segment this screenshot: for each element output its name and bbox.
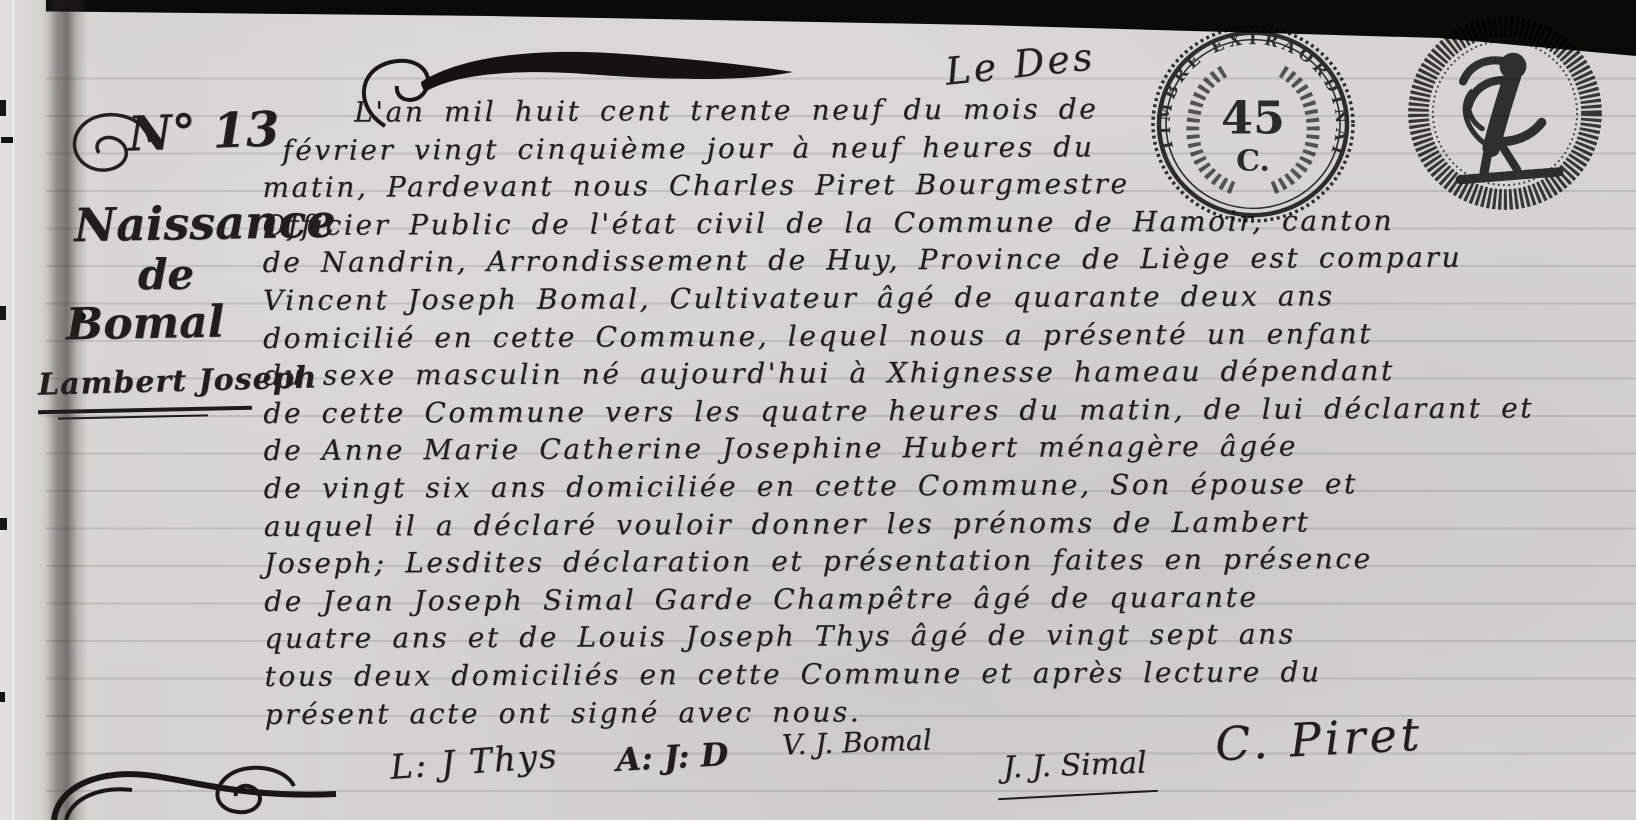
communal-seal-stamp <box>1402 10 1608 216</box>
act-line: de Nandrin, Arrondissement de Huy, Provi… <box>263 239 1573 282</box>
register-page-scan: N° 13 Naissance de Bomal Lambert Joseph … <box>0 0 1636 820</box>
act-line: L'an mil huit cent trente neuf du mois d… <box>262 88 1572 131</box>
fiscal-stamp-45c: TIMBRE EXTRAORDINAIRE 45 C. <box>1147 21 1359 227</box>
ink-speck <box>0 518 7 530</box>
stamp-unit: C. <box>1236 143 1270 177</box>
act-line: tous deux domiciliés en cette Commune et… <box>264 652 1574 695</box>
record-number: N° 13 <box>127 101 280 162</box>
act-line: Vincent Joseph Bomal, Cultivateur âgé de… <box>263 276 1573 319</box>
act-line: de Jean Joseph Simal Garde Champêtre âgé… <box>264 577 1574 620</box>
act-body-text: L'an mil huit cent trente neuf du mois d… <box>262 88 1575 733</box>
signature-piret: C. Piret <box>1214 707 1425 772</box>
act-line: Joseph; Lesdites déclaration et présenta… <box>264 539 1574 582</box>
signature-simal: J. J. Simal <box>1002 746 1147 786</box>
act-line: auquel il a déclaré vouloir donner les p… <box>264 502 1574 545</box>
ink-speck <box>0 306 6 320</box>
edge-highlight <box>12 0 14 820</box>
ink-speck <box>1 137 13 143</box>
stamp-value: 45 <box>1221 91 1285 144</box>
act-line: du sexe masculin né aujourd'hui à Xhigne… <box>263 351 1573 394</box>
act-line: quatre ans et de Louis Joseph Thys âgé d… <box>264 615 1574 658</box>
act-line: Officier Public de l'état civil de la Co… <box>262 201 1572 244</box>
signature-witness-mark: A: J: D <box>615 735 729 779</box>
margin-title-bomal: Bomal <box>66 297 225 351</box>
next-entry-flourish <box>36 758 366 820</box>
act-line: domicilié en cette Commune, lequel nous … <box>263 314 1573 357</box>
act-line: février vingt cinquième jour à neuf heur… <box>262 126 1572 169</box>
act-line: de cette Commune vers les quatre heures … <box>263 389 1573 432</box>
signature-bomal: V. J. Bomal <box>781 723 932 761</box>
act-line: de vingt six ans domiciliée en cette Com… <box>264 464 1574 507</box>
act-line: de Anne Marie Catherine Josephine Hubert… <box>263 427 1573 470</box>
ink-speck <box>0 100 6 116</box>
ink-speck <box>0 692 5 702</box>
margin-title-de: de <box>138 250 194 299</box>
act-line: matin, Pardevant nous Charles Piret Bour… <box>262 163 1572 206</box>
lion-rampant-icon <box>1444 48 1561 185</box>
